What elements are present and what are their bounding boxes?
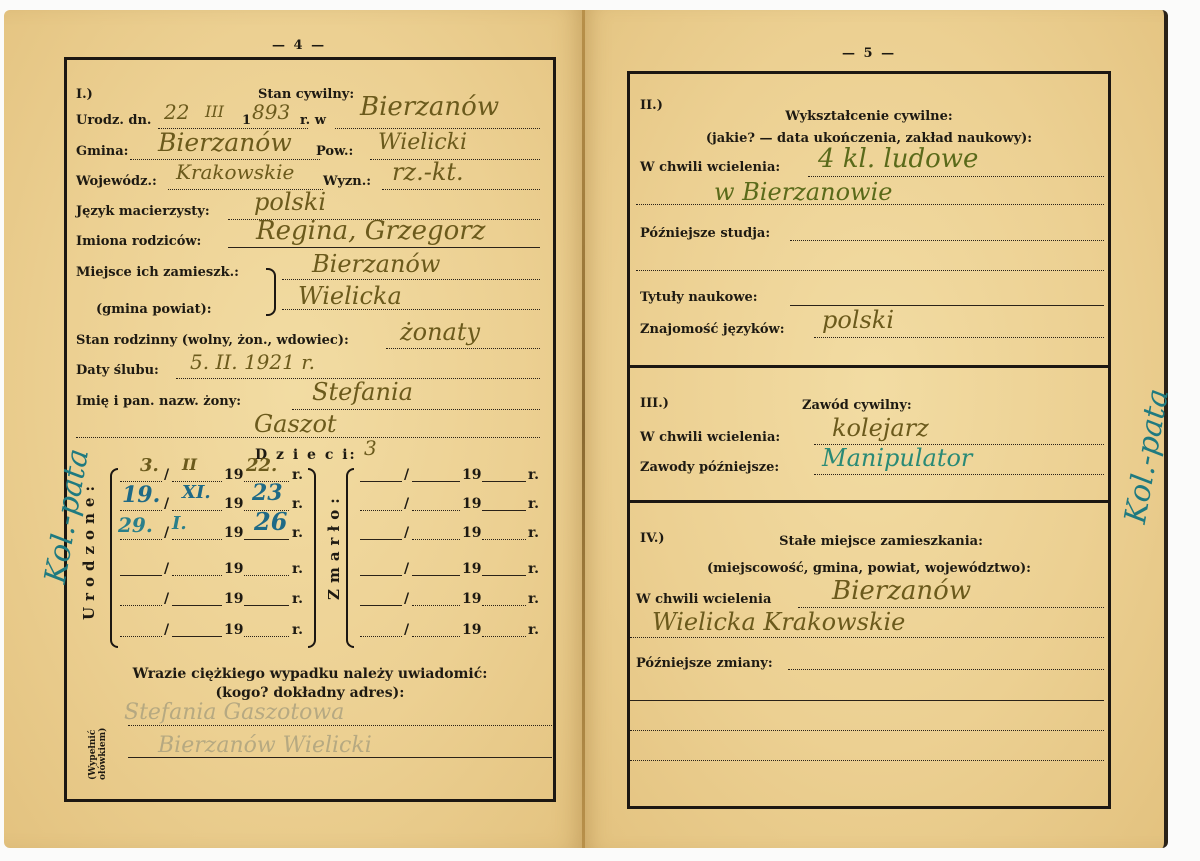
- residence-line-2r: [630, 637, 1104, 638]
- birth-month-value[interactable]: III: [205, 102, 224, 121]
- residence-brace: [266, 268, 276, 316]
- residence-sub-label: (gmina powiat):: [96, 302, 212, 317]
- died-label: Zmarło:: [325, 492, 343, 600]
- residence-value-2r[interactable]: Wielicka Krakowskie: [652, 608, 905, 636]
- later-professions-line: [814, 474, 1104, 475]
- wyzn-label: Wyzn.:: [323, 174, 371, 189]
- born-3-year[interactable]: 26: [254, 507, 287, 536]
- section-3-title: Zawód cywilny:: [802, 398, 912, 413]
- residence-enlistment-label: W chwili wcielenia: [636, 592, 771, 607]
- emergency-title: Wrazie ciężkiego wypadku należy uwiadomi…: [64, 666, 556, 682]
- wedding-label: Daty ślubu:: [76, 363, 159, 378]
- later-studies-label: Późniejsze studja:: [640, 226, 770, 241]
- wyzn-line: [382, 189, 540, 190]
- profession-enlistment-label: W chwili wcielenia:: [640, 430, 780, 445]
- wife-label: Imię i pan. nazw. żony:: [76, 394, 241, 409]
- family-status-value[interactable]: żonaty: [400, 318, 480, 346]
- education-enlistment-label: W chwili wcielenia:: [640, 160, 780, 175]
- pencil-note-1: (Wypełnić: [88, 730, 98, 780]
- later-professions-label: Zawody późniejsze:: [640, 460, 779, 475]
- wojew-value[interactable]: Krakowskie: [176, 160, 294, 184]
- residence-value-1r[interactable]: Bierzanów: [832, 576, 971, 606]
- emergency-line-1: [128, 725, 552, 726]
- born-2-day[interactable]: 19.: [122, 482, 160, 508]
- section-2-title: Wykształcenie cywilne:: [627, 109, 1111, 124]
- born-1-month[interactable]: II: [182, 455, 197, 474]
- education-value-1[interactable]: 4 kl. ludowe: [818, 144, 978, 174]
- page-number-right: — 5 —: [842, 46, 896, 61]
- powiat-value[interactable]: Wielicki: [378, 130, 467, 155]
- birth-rw-label: r. w: [300, 113, 326, 128]
- wojew-label: Wojewódz.:: [76, 174, 157, 189]
- divider-2-3: [630, 365, 1108, 368]
- birth-day-value[interactable]: 22: [164, 100, 189, 124]
- later-changes-line-4: [630, 760, 1104, 761]
- parents-value[interactable]: Regina, Grzegorz: [256, 216, 485, 246]
- powiat-label: Pow.:: [316, 144, 353, 159]
- education-value-2[interactable]: w Bierzanowie: [714, 178, 892, 206]
- birth-label: Urodz. dn.: [76, 113, 151, 128]
- gmina-value[interactable]: Bierzanów: [158, 128, 292, 157]
- birth-year-value[interactable]: 893: [252, 100, 290, 124]
- family-status-label: Stan rodzinny (wolny, żon., wdowiec):: [76, 333, 349, 348]
- parents-line: [228, 247, 540, 248]
- book-spine: [582, 10, 585, 848]
- died-bracket: [346, 468, 354, 648]
- wife-value-1[interactable]: Stefania: [312, 378, 413, 406]
- section-4-subtitle: (miejscowość, gmina, powiat, województwo…: [627, 561, 1111, 576]
- emergency-value-1[interactable]: Stefania Gaszotowa: [124, 700, 344, 725]
- later-studies-line-2: [636, 270, 1104, 271]
- language-label: Język macierzysty:: [76, 204, 210, 219]
- later-changes-line-1: [788, 669, 1104, 670]
- emergency-subtitle: (kogo? dokładny adres):: [64, 685, 556, 701]
- pencil-note-2: ołówkiem): [98, 728, 108, 780]
- later-professions-value[interactable]: Manipulator: [822, 444, 972, 472]
- academic-titles-label: Tytuły naukowe:: [640, 290, 758, 305]
- born-3-month[interactable]: I.: [172, 513, 187, 534]
- later-studies-line-1: [790, 240, 1104, 241]
- birth-place-value[interactable]: Bierzanów: [360, 92, 499, 122]
- wife-value-2[interactable]: Gaszot: [254, 410, 337, 438]
- wyzn-value[interactable]: rz.-kt.: [392, 158, 464, 186]
- later-changes-label: Późniejsze zmiany:: [636, 656, 773, 671]
- section-3-number: III.): [640, 396, 669, 411]
- family-status-line: [386, 348, 540, 349]
- profession-value[interactable]: kolejarz: [832, 414, 929, 442]
- gmina-label: Gmina:: [76, 144, 128, 159]
- children-count[interactable]: 3: [364, 436, 377, 460]
- born-3-day[interactable]: 29.: [118, 513, 153, 537]
- divider-3-4: [630, 500, 1108, 503]
- residence-label: Miejsce ich zamieszk.:: [76, 265, 239, 280]
- wedding-value[interactable]: 5. II. 1921 r.: [190, 350, 315, 374]
- birth-year-prefix: 1: [242, 113, 251, 128]
- section-number: I.): [76, 87, 93, 102]
- education-line-1: [808, 176, 1104, 177]
- born-2-year[interactable]: 23: [252, 480, 283, 506]
- born-2-month[interactable]: XI.: [182, 482, 211, 503]
- later-changes-line-2: [630, 700, 1104, 701]
- parents-label: Imiona rodziców:: [76, 234, 201, 249]
- languages-label: Znajomość języków:: [640, 322, 785, 337]
- born-bracket-right: [308, 468, 316, 648]
- born-1-year[interactable]: 22.: [246, 455, 277, 476]
- later-changes-line-3: [630, 730, 1104, 731]
- emergency-value-2[interactable]: Bierzanów Wielicki: [158, 733, 372, 758]
- born-bracket-left: [110, 468, 118, 648]
- section-4-title: Stałe miejsce zamieszkania:: [627, 534, 1111, 549]
- birth-place-line: [335, 128, 540, 129]
- residence-line-1: [282, 279, 540, 280]
- languages-line: [814, 337, 1104, 338]
- born-1-day[interactable]: 3.: [140, 455, 159, 476]
- page-number-left: — 4 —: [272, 38, 326, 53]
- languages-value[interactable]: polski: [822, 306, 894, 334]
- residence-value-1[interactable]: Bierzanów: [312, 250, 440, 278]
- residence-value-2[interactable]: Wielicka: [298, 282, 402, 310]
- language-value[interactable]: polski: [254, 188, 326, 216]
